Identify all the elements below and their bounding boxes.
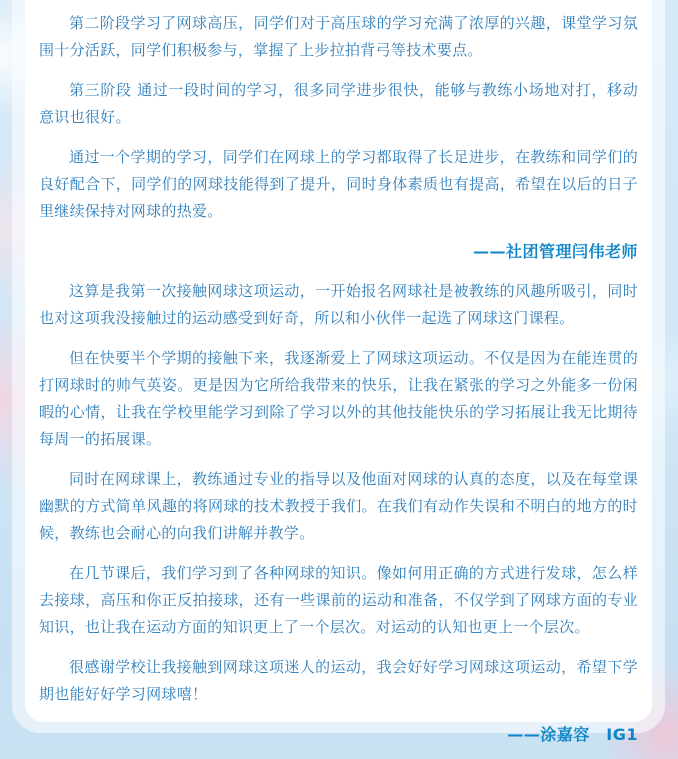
- paragraph: 这算是我第一次接触网球这项运动，一开始报名网球社是被教练的风趣所吸引，同时也对这…: [39, 278, 638, 332]
- article-page: { "colors": { "body_text": "#2b7cba", "s…: [0, 0, 678, 759]
- paragraph: 通过一个学期的学习，同学们在网球上的学习都取得了长足进步，在教练和同学们的良好配…: [39, 144, 638, 225]
- paragraph: 但在快要半个学期的接触下来，我逐渐爱上了网球这项运动。不仅是因为在能连贯的打网球…: [39, 345, 638, 453]
- article-content: 第二阶段学习了网球高压，同学们对于高压球的学习充满了浓厚的兴趣，课堂学习氛围十分…: [39, 10, 638, 748]
- student-signature: ——涂嘉容 IG1: [39, 721, 638, 748]
- paragraph: 第三阶段 通过一段时间的学习，很多同学进步很快，能够与教练小场地对打，移动意识也…: [39, 77, 638, 131]
- article-card: 第二阶段学习了网球高压，同学们对于高压球的学习充满了浓厚的兴趣，课堂学习氛围十分…: [25, 0, 652, 722]
- paragraph: 很感谢学校让我接触到网球这项迷人的运动，我会好好学习网球这项运动，希望下学期也能…: [39, 654, 638, 708]
- teacher-signature: ——社团管理闫伟老师: [39, 238, 638, 265]
- paragraph: 在几节课后，我们学习到了各种网球的知识。像如何用正确的方式进行发球，怎么样去接球…: [39, 560, 638, 641]
- paragraph: 第二阶段学习了网球高压，同学们对于高压球的学习充满了浓厚的兴趣，课堂学习氛围十分…: [39, 10, 638, 64]
- paragraph: 同时在网球课上，教练通过专业的指导以及他面对网球的认真的态度，以及在每堂课幽默的…: [39, 466, 638, 547]
